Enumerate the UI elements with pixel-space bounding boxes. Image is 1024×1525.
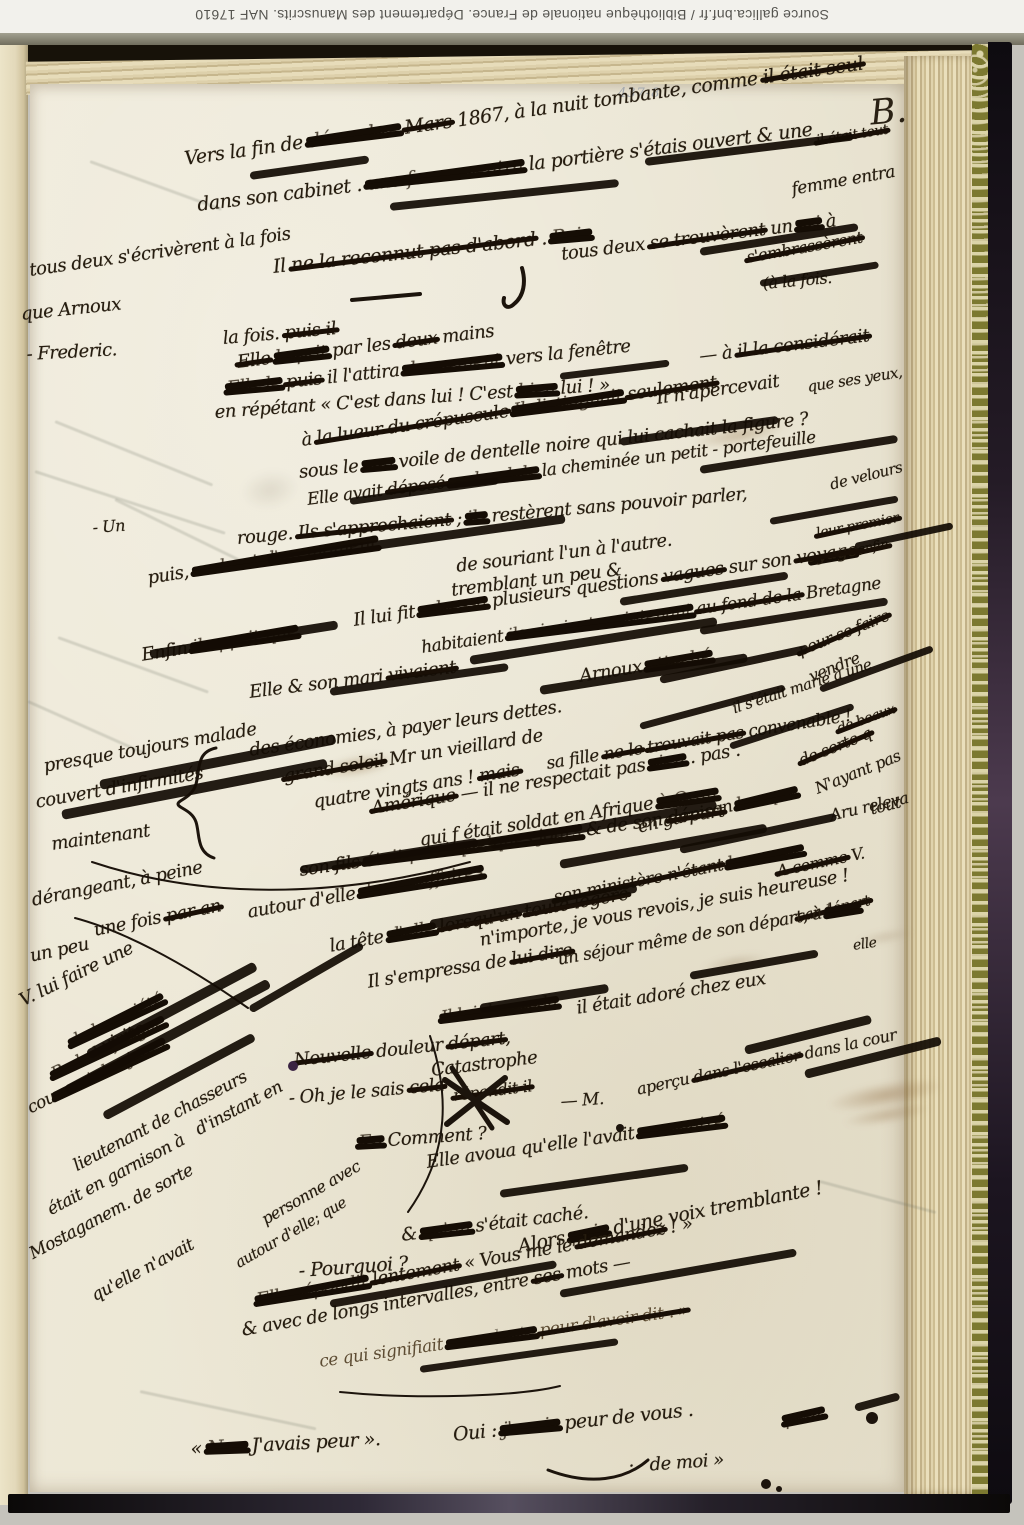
gallica-source-bar: Source gallica.bnf.fr / Bibliothèque nat… (0, 0, 1024, 33)
binding-top-edge (0, 33, 1024, 45)
left-page-edge (0, 45, 28, 1505)
corner-letter-mark: B. (868, 90, 908, 133)
folio-number-pencil: 437-8 (618, 86, 660, 101)
manuscript-page (30, 84, 904, 1492)
book-cover-right-edge (988, 42, 1012, 1504)
page-stack-edge (904, 56, 972, 1494)
source-caption: Source gallica.bnf.fr / Bibliothèque nat… (0, 7, 1024, 23)
scanned-manuscript-view: Source gallica.bnf.fr / Bibliothèque nat… (0, 0, 1024, 1525)
marbled-endpaper (972, 44, 988, 1494)
book-cover-bottom-edge (8, 1494, 1010, 1513)
